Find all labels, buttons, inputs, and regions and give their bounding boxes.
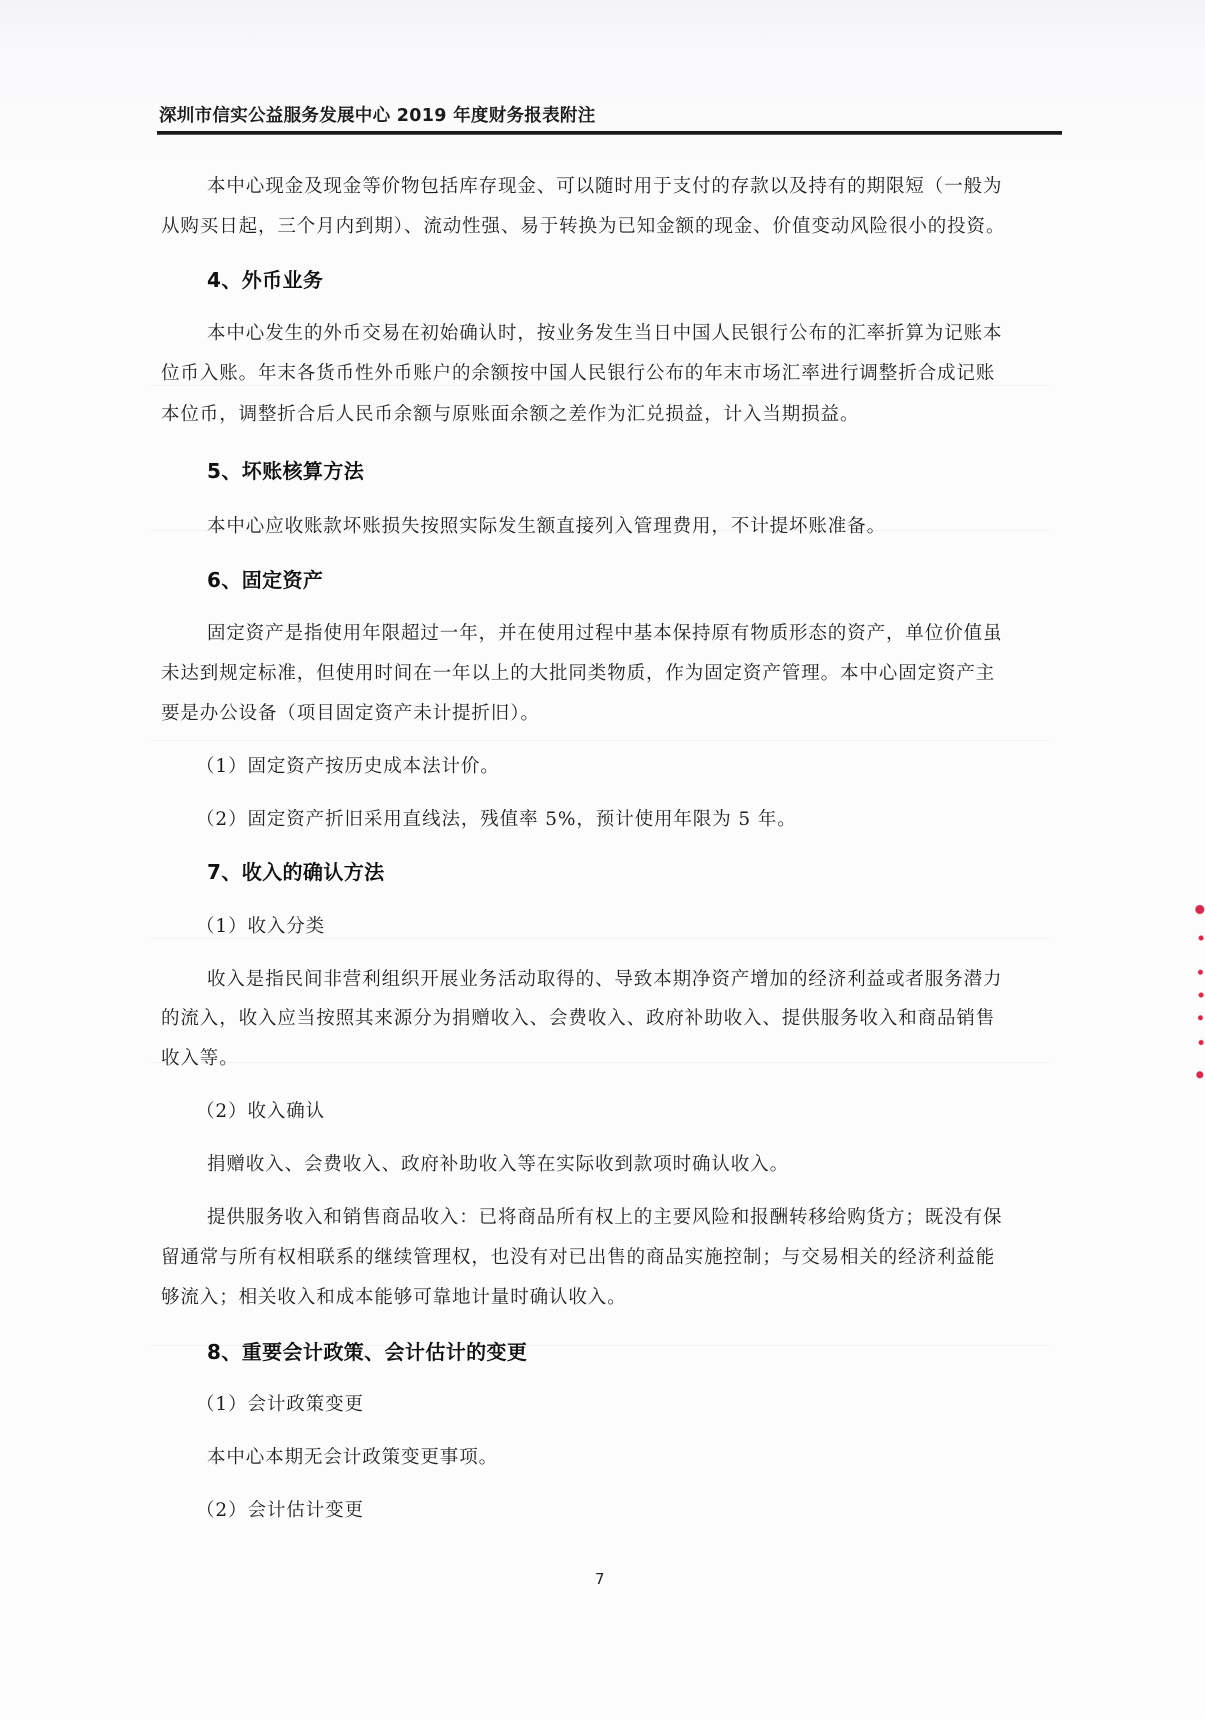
seal-stamp-edge bbox=[1192, 900, 1205, 1090]
section-7-sub-2: （2）收入确认 bbox=[196, 1097, 325, 1123]
section-8-sub-1: （1）会计政策变更 bbox=[196, 1390, 364, 1416]
intro-line-1: 本中心现金及现金等价物包括库存现金、可以随时用于支付的存款以及持有的期限短（一般… bbox=[207, 172, 1002, 198]
section-4-line-3: 本位币，调整折合后人民币余额与原账面余额之差作为汇兑损益，计入当期损益。 bbox=[161, 400, 859, 426]
page-header: 深圳市信实公益服务发展中心 2019 年度财务报表附注 bbox=[157, 96, 1062, 136]
section-7-sub-2-para-1: 捐赠收入、会费收入、政府补助收入等在实际收到款项时确认收入。 bbox=[207, 1150, 789, 1176]
section-7-sub-2-para-2-line-1: 提供服务收入和销售商品收入：已将商品所有权上的主要风险和报酬转移给购货方；既没有… bbox=[207, 1203, 1002, 1229]
bleed-through-line bbox=[150, 938, 1050, 939]
section-6-line-3: 要是办公设备（项目固定资产未计提折旧）。 bbox=[161, 699, 540, 725]
section-heading-bad-debt: 5、坏账核算方法 bbox=[207, 455, 364, 484]
section-heading-fixed-assets: 6、固定资产 bbox=[207, 564, 323, 593]
section-heading-foreign-currency: 4、外币业务 bbox=[207, 264, 323, 293]
intro-line-2: 从购买日起，三个月内到期）、流动性强、易于转换为已知金额的现金、价值变动风险很小… bbox=[161, 212, 1005, 238]
document-page: 深圳市信实公益服务发展中心 2019 年度财务报表附注 本中心现金及现金等价物包… bbox=[0, 0, 1205, 1719]
section-5-line-1: 本中心应收账款坏账损失按照实际发生额直接列入管理费用，不计提坏账准备。 bbox=[207, 512, 886, 538]
section-6-item-2: （2）固定资产折旧采用直线法，残值率 5%，预计使用年限为 5 年。 bbox=[196, 805, 797, 831]
section-8-sub-2: （2）会计估计变更 bbox=[196, 1496, 364, 1522]
header-rule bbox=[157, 131, 1062, 135]
section-4-line-1: 本中心发生的外币交易在初始确认时，按业务发生当日中国人民银行公布的汇率折算为记账… bbox=[207, 319, 1002, 345]
section-7-sub-2-para-2-line-2: 留通常与所有权相联系的继续管理权，也没有对已出售的商品实施控制；与交易相关的经济… bbox=[161, 1243, 995, 1269]
section-6-line-2: 未达到规定标准，但使用时间在一年以上的大批同类物质，作为固定资产管理。本中心固定… bbox=[161, 659, 995, 685]
bleed-through-line bbox=[150, 1062, 1050, 1063]
section-heading-revenue-recognition: 7、收入的确认方法 bbox=[207, 856, 385, 885]
section-7-sub-1-line-2: 的流入，收入应当按照其来源分为捐赠收入、会费收入、政府补助收入、提供服务收入和商… bbox=[161, 1004, 995, 1030]
section-4-line-2: 位币入账。年末各货币性外币账户的余额按中国人民银行公布的年末市场汇率进行调整折合… bbox=[161, 359, 995, 385]
section-7-sub-1: （1）收入分类 bbox=[196, 912, 325, 938]
page-number: 7 bbox=[595, 1570, 605, 1588]
bleed-through-line bbox=[150, 740, 1050, 741]
section-heading-accounting-changes: 8、重要会计政策、会计估计的变更 bbox=[207, 1336, 527, 1365]
section-6-line-1: 固定资产是指使用年限超过一年，并在使用过程中基本保持原有物质形态的资产，单位价值… bbox=[207, 619, 1002, 645]
section-6-item-1: （1）固定资产按历史成本法计价。 bbox=[196, 752, 500, 778]
section-7-sub-2-para-2-line-3: 够流入；相关收入和成本能够可靠地计量时确认收入。 bbox=[161, 1283, 627, 1309]
section-7-sub-1-line-1: 收入是指民间非营利组织开展业务活动取得的、导致本期净资产增加的经济利益或者服务潜… bbox=[207, 965, 1002, 991]
section-7-sub-1-line-3: 收入等。 bbox=[161, 1044, 239, 1070]
section-8-sub-1-text: 本中心本期无会计政策变更事项。 bbox=[207, 1443, 498, 1469]
bleed-through-line bbox=[150, 385, 1050, 386]
document-title: 深圳市信实公益服务发展中心 2019 年度财务报表附注 bbox=[159, 102, 596, 127]
